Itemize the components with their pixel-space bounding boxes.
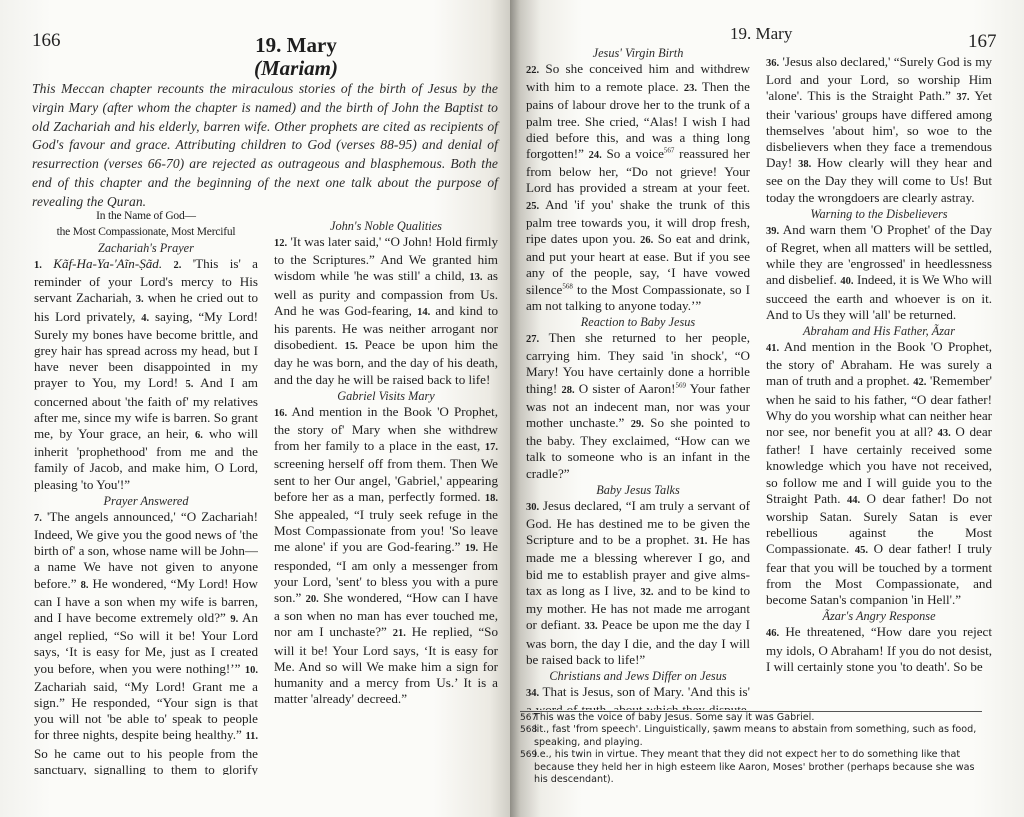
section-body: 30. Jesus declared, “I am truly a servan… [526, 498, 750, 668]
verse-text: That is Jesus, son of Mary. 'And this is… [526, 684, 750, 710]
section-body: 41. And mention in the Book 'O Prophet, … [766, 339, 992, 608]
section-heading: Ãzar's Angry Response [766, 608, 992, 624]
right-column-1: Jesus' Virgin Birth 22. So she conceived… [526, 45, 750, 710]
footnote-number: 567 [520, 712, 534, 724]
section-body: 39. And warn them 'O Prophet' of the Day… [766, 222, 992, 323]
verse-number: 27. [526, 334, 539, 345]
section-body: 12. 'It was later said,' “O John! Hold f… [274, 234, 498, 388]
verse-number: 6. [195, 430, 203, 441]
section-body: 22. So she conceived him and withdrew wi… [526, 61, 750, 314]
verse-number: 41. [766, 343, 779, 354]
footnote-text: lit., fast 'from speech'. Linguistically… [534, 724, 980, 749]
verse-number: 3. [136, 294, 144, 305]
verse-text: screening herself off from them. Then We… [274, 456, 498, 503]
verse-number: 25. [526, 201, 539, 212]
section-heading: Baby Jesus Talks [526, 482, 750, 498]
verse-number: 11. [245, 731, 258, 742]
section-body: 16. And mention in the Book 'O Prophet, … [274, 404, 498, 708]
verse-text: And mention in the Book 'O Prophet, the … [274, 404, 498, 453]
verse-number: 19. [465, 543, 478, 554]
verse-number: 45. [855, 545, 868, 556]
verse-text: He threatened, “How dare you reject my i… [766, 624, 992, 673]
verse-text: Kãf-Ha-Ya-'Aĩn-Ṣãd. [42, 256, 174, 271]
footnote-number: 569 [520, 749, 534, 786]
basmala: In the Name of God— the Most Compassiona… [34, 208, 258, 240]
verse-number: 23. [684, 83, 697, 94]
verse-number: 36. [766, 58, 779, 69]
verse-number: 43. [938, 428, 951, 439]
verse-text: Zachariah said, “My Lord! Grant me a sig… [34, 679, 258, 743]
verse-number: 14. [417, 307, 430, 318]
section-heading: Christians and Jews Differ on Jesus [526, 668, 750, 684]
verse-number: 32. [640, 587, 653, 598]
page-number-left: 166 [32, 30, 61, 52]
footnote-567: 567 This was the voice of baby Jesus. So… [520, 712, 980, 724]
section-heading: Warning to the Disbelievers [766, 206, 992, 222]
verse-number: 18. [485, 493, 498, 504]
footnote-ref[interactable]: 567 [664, 147, 675, 155]
book-spread: 166 19. Mary (Mariam) This Meccan chapte… [0, 0, 1024, 817]
running-head: 19. Mary [730, 24, 792, 44]
verse-number: 37. [956, 92, 969, 103]
section-body: 1. Kãf-Ha-Ya-'Aĩn-Ṣãd. 2. 'This is' a re… [34, 256, 258, 493]
footnote-ref[interactable]: 568 [562, 282, 573, 290]
left-column-2: John's Noble Qualities 12. 'It was later… [274, 184, 498, 707]
verse-number: 39. [766, 226, 779, 237]
verse-number: 26. [640, 235, 653, 246]
section-heading: Zachariah's Prayer [34, 240, 258, 256]
section-heading: Prayer Answered [34, 493, 258, 509]
section-body: 27. Then she returned to her people, car… [526, 330, 750, 482]
chapter-title: 19. Mary [196, 34, 396, 56]
verse-number: 40. [840, 276, 853, 287]
verse-number: 24. [589, 150, 602, 161]
verse-number: 44. [847, 495, 860, 506]
section-body: 46. He threatened, “How dare you reject … [766, 624, 992, 675]
verse-number: 13. [469, 272, 482, 283]
verse-number: 30. [526, 502, 539, 513]
section-body: 36. 'Jesus also declared,' “Surely God i… [766, 54, 992, 206]
verse-number: 1. [34, 260, 42, 271]
verse-text: So he came out to his people from the sa… [34, 746, 258, 775]
footnote-text: i.e., his twin in virtue. They meant tha… [534, 749, 980, 786]
left-column-1: Zachariah's Prayer 1. Kãf-Ha-Ya-'Aĩn-Ṣãd… [34, 240, 258, 775]
verse-number: 15. [345, 341, 358, 352]
verse-number: 29. [631, 419, 644, 430]
verse-number: 10. [245, 665, 258, 676]
verse-number: 12. [274, 238, 287, 249]
verse-number: 22. [526, 65, 539, 76]
basmala-line-2: the Most Compassionate, Most Merciful [34, 224, 258, 240]
section-heading: Reaction to Baby Jesus [526, 314, 750, 330]
footnote-number: 568 [520, 724, 534, 749]
verse-number: 38. [798, 159, 811, 170]
verse-number: 42. [913, 377, 926, 388]
chapter-subtitle: (Mariam) [196, 57, 396, 79]
section-heading: John's Noble Qualities [274, 218, 498, 234]
verse-text: So a voice [602, 146, 664, 161]
verse-text: O sister of Aaron! [575, 381, 676, 396]
verse-number: 34. [526, 688, 539, 699]
verse-number: 46. [766, 628, 779, 639]
verse-number: 7. [34, 513, 42, 524]
footnotes: 567 This was the voice of baby Jesus. So… [520, 712, 980, 786]
section-heading: Abraham and His Father, Ãzar [766, 323, 992, 339]
footnote-568: 568 lit., fast 'from speech'. Linguistic… [520, 724, 980, 749]
verse-number: 33. [585, 621, 598, 632]
verse-number: 28. [561, 385, 574, 396]
verse-number: 31. [694, 536, 707, 547]
section-body: 34. That is Jesus, son of Mary. 'And thi… [526, 684, 750, 710]
verse-number: 4. [141, 313, 149, 324]
footnote-ref[interactable]: 569 [676, 381, 687, 389]
footnote-text: This was the voice of baby Jesus. Some s… [534, 712, 980, 724]
verse-number: 21. [393, 628, 406, 639]
section-heading: Gabriel Visits Mary [274, 388, 498, 404]
verse-text: 'It was later said,' “O John! Hold firml… [274, 234, 498, 283]
verse-number: 17. [485, 442, 498, 453]
section-heading: Jesus' Virgin Birth [526, 45, 750, 61]
verse-number: 20. [306, 594, 319, 605]
section-body: 7. 'The angels announced,' “O Zachariah!… [34, 509, 258, 775]
footnote-569: 569 i.e., his twin in virtue. They meant… [520, 749, 980, 786]
verse-number: 16. [274, 408, 287, 419]
page-number-right: 167 [968, 31, 997, 53]
basmala-line-1: In the Name of God— [34, 208, 258, 224]
right-column-2: 36. 'Jesus also declared,' “Surely God i… [766, 54, 992, 675]
